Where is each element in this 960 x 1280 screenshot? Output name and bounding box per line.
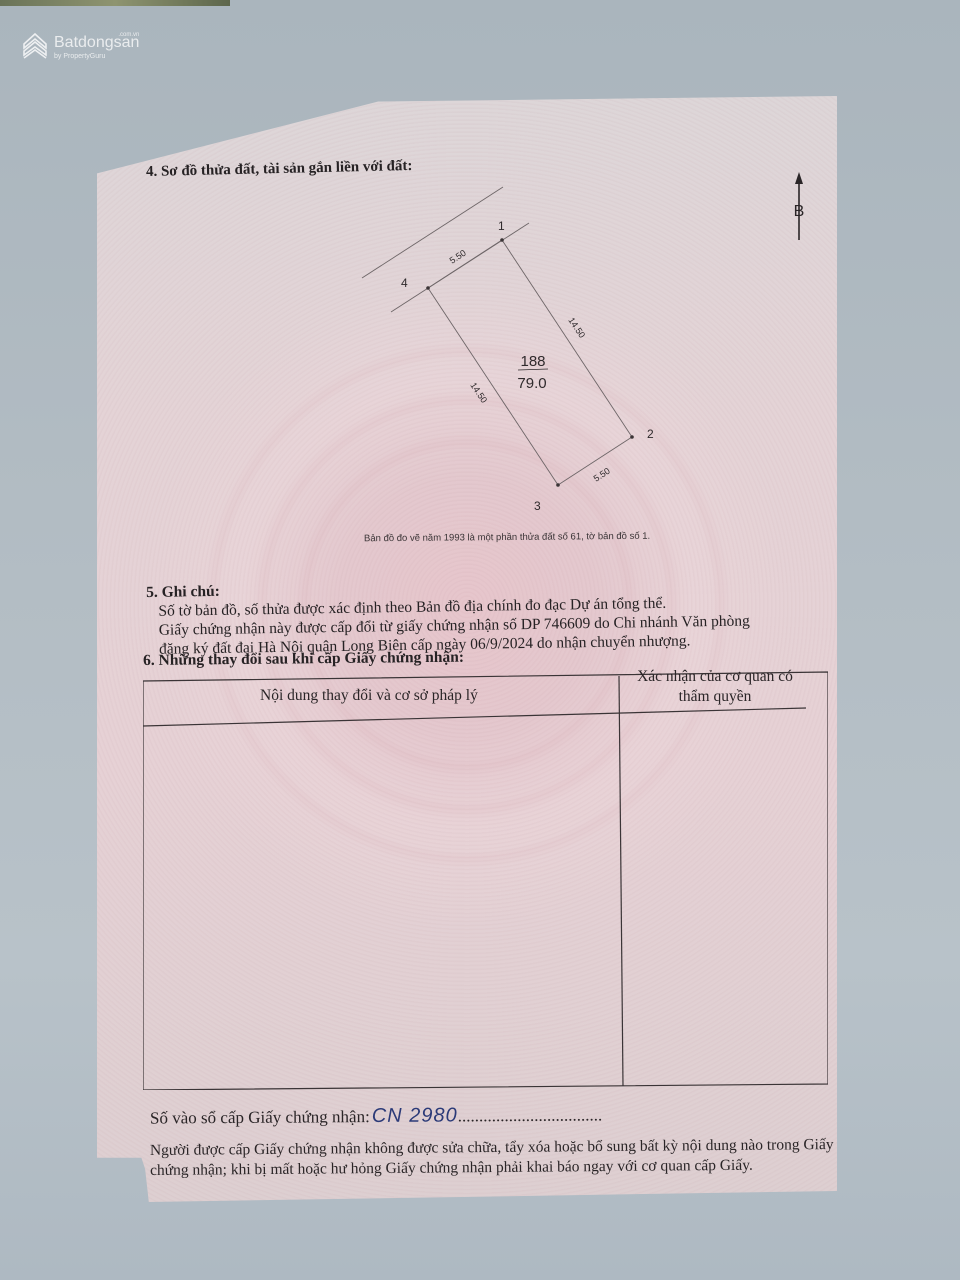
parcel-number: 188 bbox=[520, 353, 545, 370]
vertex-4-marker bbox=[426, 286, 430, 290]
registration-number-line: Số vào sổ cấp Giấy chứng nhận:CN 2980...… bbox=[150, 1103, 602, 1129]
column-header-confirmation: Xác nhận của cơ quan có thẩm quyền bbox=[622, 667, 808, 707]
changes-table bbox=[143, 664, 828, 1090]
changes-table-grid bbox=[143, 664, 828, 1090]
road-line-outer bbox=[362, 187, 503, 278]
vertex-3-marker bbox=[556, 483, 560, 487]
land-parcel-diagram: 1 2 3 4 5.50 14.50 5.50 14.50 188 79.0 bbox=[340, 180, 680, 520]
watermark-sub: by PropertyGuru bbox=[54, 53, 139, 60]
watermark-tld: .com.vn bbox=[118, 27, 139, 43]
batdongsan-logo-icon bbox=[22, 32, 48, 62]
registration-number-handwritten: CN 2980 bbox=[372, 1104, 458, 1127]
watermark: Batdongsan .com.vn by PropertyGuru bbox=[22, 32, 139, 62]
background-photo-edge bbox=[0, 0, 230, 6]
watermark-brand: Batdongsan .com.vn bbox=[54, 35, 139, 51]
edge-1-2-length: 14.50 bbox=[566, 316, 587, 340]
section-5-notes: 5. Ghi chú: Số tờ bản đồ, số thửa được x… bbox=[146, 572, 827, 659]
warning-notice: Người được cấp Giấy chứng nhận không đượ… bbox=[150, 1135, 840, 1181]
vertex-3-label: 3 bbox=[534, 499, 541, 513]
vertex-2-label: 2 bbox=[647, 427, 654, 441]
vertex-2-marker bbox=[630, 435, 634, 439]
north-label: B bbox=[794, 203, 805, 220]
north-arrow-icon: B bbox=[790, 172, 808, 242]
registration-label: Số vào sổ cấp Giấy chứng nhận: bbox=[150, 1107, 370, 1128]
vertex-4-label: 4 bbox=[401, 276, 408, 290]
registration-dots: .................................. bbox=[458, 1105, 603, 1125]
edge-2-3-length: 5.50 bbox=[592, 466, 612, 484]
vertex-1-marker bbox=[500, 238, 504, 242]
edge-1-4-length: 5.50 bbox=[448, 248, 468, 266]
parcel-area: 79.0 bbox=[517, 375, 546, 392]
edge-3-4-length: 14.50 bbox=[468, 381, 489, 405]
column-header-changes: Nội dung thay đổi và cơ sở pháp lý bbox=[260, 687, 478, 705]
vertex-1-label: 1 bbox=[498, 219, 505, 233]
